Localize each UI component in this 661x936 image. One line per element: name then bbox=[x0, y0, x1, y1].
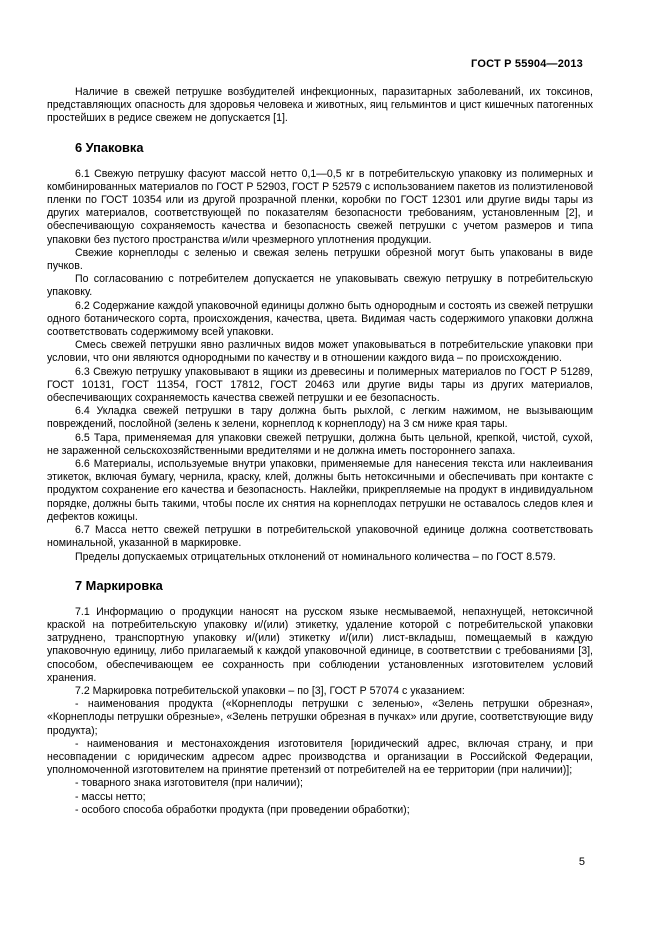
list-item-processing-method: - особого способа обработки продукта (пр… bbox=[47, 804, 593, 817]
paragraph-6-4: 6.4 Укладка свежей петрушки в тару должн… bbox=[47, 405, 593, 431]
paragraph-6-2-note: Смесь свежей петрушки явно различных вид… bbox=[47, 339, 593, 365]
paragraph-6-5: 6.5 Тара, применяемая для упаковки свеже… bbox=[47, 432, 593, 458]
paragraph-6-1-note-2: По согласованию с потребителем допускает… bbox=[47, 273, 593, 299]
page-number: 5 bbox=[579, 856, 585, 868]
paragraph-6-1: 6.1 Свежую петрушку фасуют массой нетто … bbox=[47, 168, 593, 247]
intro-paragraph: Наличие в свежей петрушке возбудителей и… bbox=[47, 86, 593, 126]
list-item-manufacturer: - наименования и местонахождения изготов… bbox=[47, 738, 593, 778]
document-header-standard-code: ГОСТ Р 55904—2013 bbox=[47, 58, 593, 70]
section-heading-marking: 7 Маркировка bbox=[75, 578, 593, 593]
paragraph-6-6: 6.6 Материалы, используемые внутри упако… bbox=[47, 458, 593, 524]
list-item-trademark: - товарного знака изготовителя (при нали… bbox=[47, 777, 593, 790]
text-block: ГОСТ Р 55904—2013 Наличие в свежей петру… bbox=[47, 58, 593, 817]
paragraph-6-1-note-1: Свежие корнеплоды с зеленью и свежая зел… bbox=[47, 247, 593, 273]
list-item-product-name: - наименования продукта («Корнеплоды пет… bbox=[47, 698, 593, 738]
paragraph-6-3: 6.3 Свежую петрушку упаковывают в ящики … bbox=[47, 366, 593, 406]
document-page: ГОСТ Р 55904—2013 Наличие в свежей петру… bbox=[0, 0, 661, 936]
paragraph-6-2: 6.2 Содержание каждой упаковочной единиц… bbox=[47, 300, 593, 340]
paragraph-6-7: 6.7 Масса нетто свежей петрушки в потреб… bbox=[47, 524, 593, 550]
section-heading-packaging: 6 Упаковка bbox=[75, 140, 593, 155]
paragraph-7-1: 7.1 Информацию о продукции наносят на ру… bbox=[47, 606, 593, 685]
paragraph-6-7-note: Пределы допускаемых отрицательных отклон… bbox=[47, 551, 593, 564]
paragraph-7-2: 7.2 Маркировка потребительской упаковки … bbox=[47, 685, 593, 698]
list-item-net-weight: - массы нетто; bbox=[47, 791, 593, 804]
